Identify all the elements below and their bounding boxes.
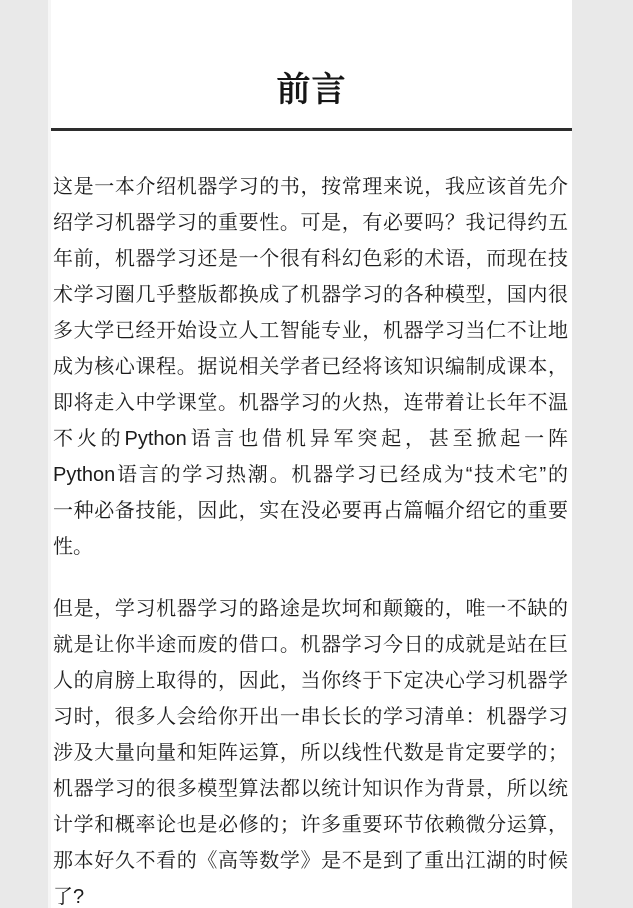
text-line: 不火的Python语言也借机异军突起，甚至掀起一阵 xyxy=(53,421,568,457)
text-line: 那本好久不看的《高等数学》是不是到了重出江湖的时候 xyxy=(53,843,568,879)
text-line: 计学和概率论也是必修的；许多重要环节依赖微分运算， xyxy=(53,807,568,843)
text-line: 年前，机器学习还是一个很有科幻色彩的术语，而现在技 xyxy=(53,241,568,277)
paragraph: 但是，学习机器学习的路途是坎坷和颠簸的，唯一不缺的就是让你半途而废的借口。机器学… xyxy=(53,591,568,908)
reader-background: { "page": { "title": "前言", "paragraphs":… xyxy=(0,0,633,908)
chapter-title: 前言 xyxy=(51,0,572,112)
body-text: 这是一本介绍机器学习的书，按常理来说，我应该首先介绍学习机器学习的重要性。可是，… xyxy=(51,169,572,908)
text-line: 了? xyxy=(53,879,568,908)
text-line: 这是一本介绍机器学习的书，按常理来说，我应该首先介 xyxy=(53,169,568,205)
text-line: 人的肩膀上取得的，因此，当你终于下定决心学习机器学 xyxy=(53,663,568,699)
text-line: 机器学习的很多模型算法都以统计知识作为背景，所以统 xyxy=(53,771,568,807)
book-page: 前言 这是一本介绍机器学习的书，按常理来说，我应该首先介绍学习机器学习的重要性。… xyxy=(48,0,572,908)
text-line: 习时，很多人会给你开出一串长长的学习清单：机器学习 xyxy=(53,699,568,735)
text-line: 即将走入中学课堂。机器学习的火热，连带着让长年不温 xyxy=(53,385,568,421)
title-divider-rule xyxy=(51,128,572,131)
text-line: 就是让你半途而废的借口。机器学习今日的成就是站在巨 xyxy=(53,627,568,663)
text-line: 多大学已经开始设立人工智能专业，机器学习当仁不让地 xyxy=(53,313,568,349)
text-line: 绍学习机器学习的重要性。可是，有必要吗？我记得约五 xyxy=(53,205,568,241)
text-line: 一种必备技能，因此，实在没必要再占篇幅介绍它的重要 xyxy=(53,493,568,529)
text-line: 术学习圈几乎整版都换成了机器学习的各种模型，国内很 xyxy=(53,277,568,313)
text-line: 性。 xyxy=(53,529,568,565)
text-line: 涉及大量向量和矩阵运算，所以线性代数是肯定要学的； xyxy=(53,735,568,771)
paragraph: 这是一本介绍机器学习的书，按常理来说，我应该首先介绍学习机器学习的重要性。可是，… xyxy=(53,169,568,565)
text-line: 成为核心课程。据说相关学者已经将该知识编制成课本， xyxy=(53,349,568,385)
text-line: Python语言的学习热潮。机器学习已经成为“技术宅”的 xyxy=(53,457,568,493)
text-line: 但是，学习机器学习的路途是坎坷和颠簸的，唯一不缺的 xyxy=(53,591,568,627)
